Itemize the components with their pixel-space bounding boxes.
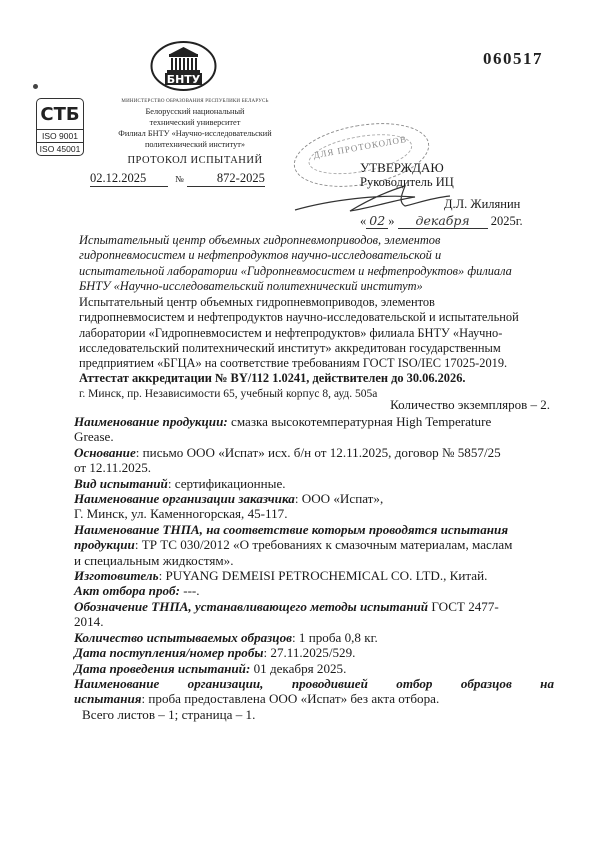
protocol-title: ПРОТОКОЛ ИСПЫТАНИЙ xyxy=(95,155,295,166)
copies-count: Количество экземпляров – 2. xyxy=(390,397,550,413)
approver-name: Д.Л. Жилянин xyxy=(444,197,520,212)
approval-year: 2025г. xyxy=(491,214,523,228)
basis-field: Основание: письмо ООО «Испат» исх. б/н о… xyxy=(74,445,554,460)
protocol-date: 02.12.2025 xyxy=(90,171,168,187)
stb-certification-mark: СТБ ISO 9001 ISO 45001 xyxy=(36,98,84,156)
sampling-act-field: Акт отбора проб: ---. xyxy=(74,583,554,598)
product-field: Наименование продукции: смазка высокотем… xyxy=(74,414,554,429)
page-count: Всего листов – 1; страница – 1. xyxy=(74,707,554,722)
test-date-field: Дата проведения испытаний: 01 декабря 20… xyxy=(74,661,554,676)
test-details: Наименование продукции: смазка высокотем… xyxy=(74,414,554,722)
approval-day: 02 xyxy=(366,213,388,229)
test-type-field: Вид испытаний: сертификационные. xyxy=(74,476,554,491)
tnpa-field: Наименование ТНПА, на соответствие котор… xyxy=(74,522,554,537)
protocol-number: 872-2025 xyxy=(187,171,265,187)
manufacturer-field: Изготовитель: PUYANG DEMEISI PETROCHEMIC… xyxy=(74,568,554,583)
accreditation-certificate: Аттестат аккредитации № BY/112 1.0241, д… xyxy=(79,371,549,386)
ministry-label: МИНИСТЕРСТВО ОБРАЗОВАНИЯ РЕСПУБЛИКИ БЕЛА… xyxy=(105,99,285,104)
svg-text:БНТУ: БНТУ xyxy=(167,73,201,86)
customer-field: Наименование организации заказчика: ООО … xyxy=(74,491,554,506)
organization-name: Белорусский национальный технический уни… xyxy=(85,106,305,150)
sample-count-field: Количество испытываемых образцов: 1 проб… xyxy=(74,630,554,645)
lab-accreditation-text: Испытательный центр объемных гидропневмо… xyxy=(79,295,549,402)
protocol-date-number: 02.12.2025 № 872-2025 xyxy=(90,171,265,187)
approver-position: Руководитель ИЦ xyxy=(360,175,454,190)
approval-month: декабря xyxy=(398,213,488,229)
number-sign: № xyxy=(175,174,184,184)
stb-logo-icon: СТБ xyxy=(36,98,84,129)
scan-speck xyxy=(33,84,38,89)
test-method-field: Обозначение ТНПА, устанавливающего метод… xyxy=(74,599,554,614)
iso-45001-label: ISO 45001 xyxy=(36,143,84,156)
approval-date: «02» декабря 2025г. xyxy=(360,213,523,229)
sampler-field: Наименование организации, проводившей от… xyxy=(74,676,554,691)
approve-label: УТВЕРЖДАЮ xyxy=(360,160,444,176)
receipt-field: Дата поступления/номер пробы: 27.11.2025… xyxy=(74,645,554,660)
iso-9001-label: ISO 9001 xyxy=(36,129,84,143)
lab-name-italic: Испытательный центр объемных гидропневмо… xyxy=(79,233,549,294)
bntu-logo-icon: БНТУ xyxy=(150,40,217,92)
serial-number: 060517 xyxy=(483,49,543,69)
